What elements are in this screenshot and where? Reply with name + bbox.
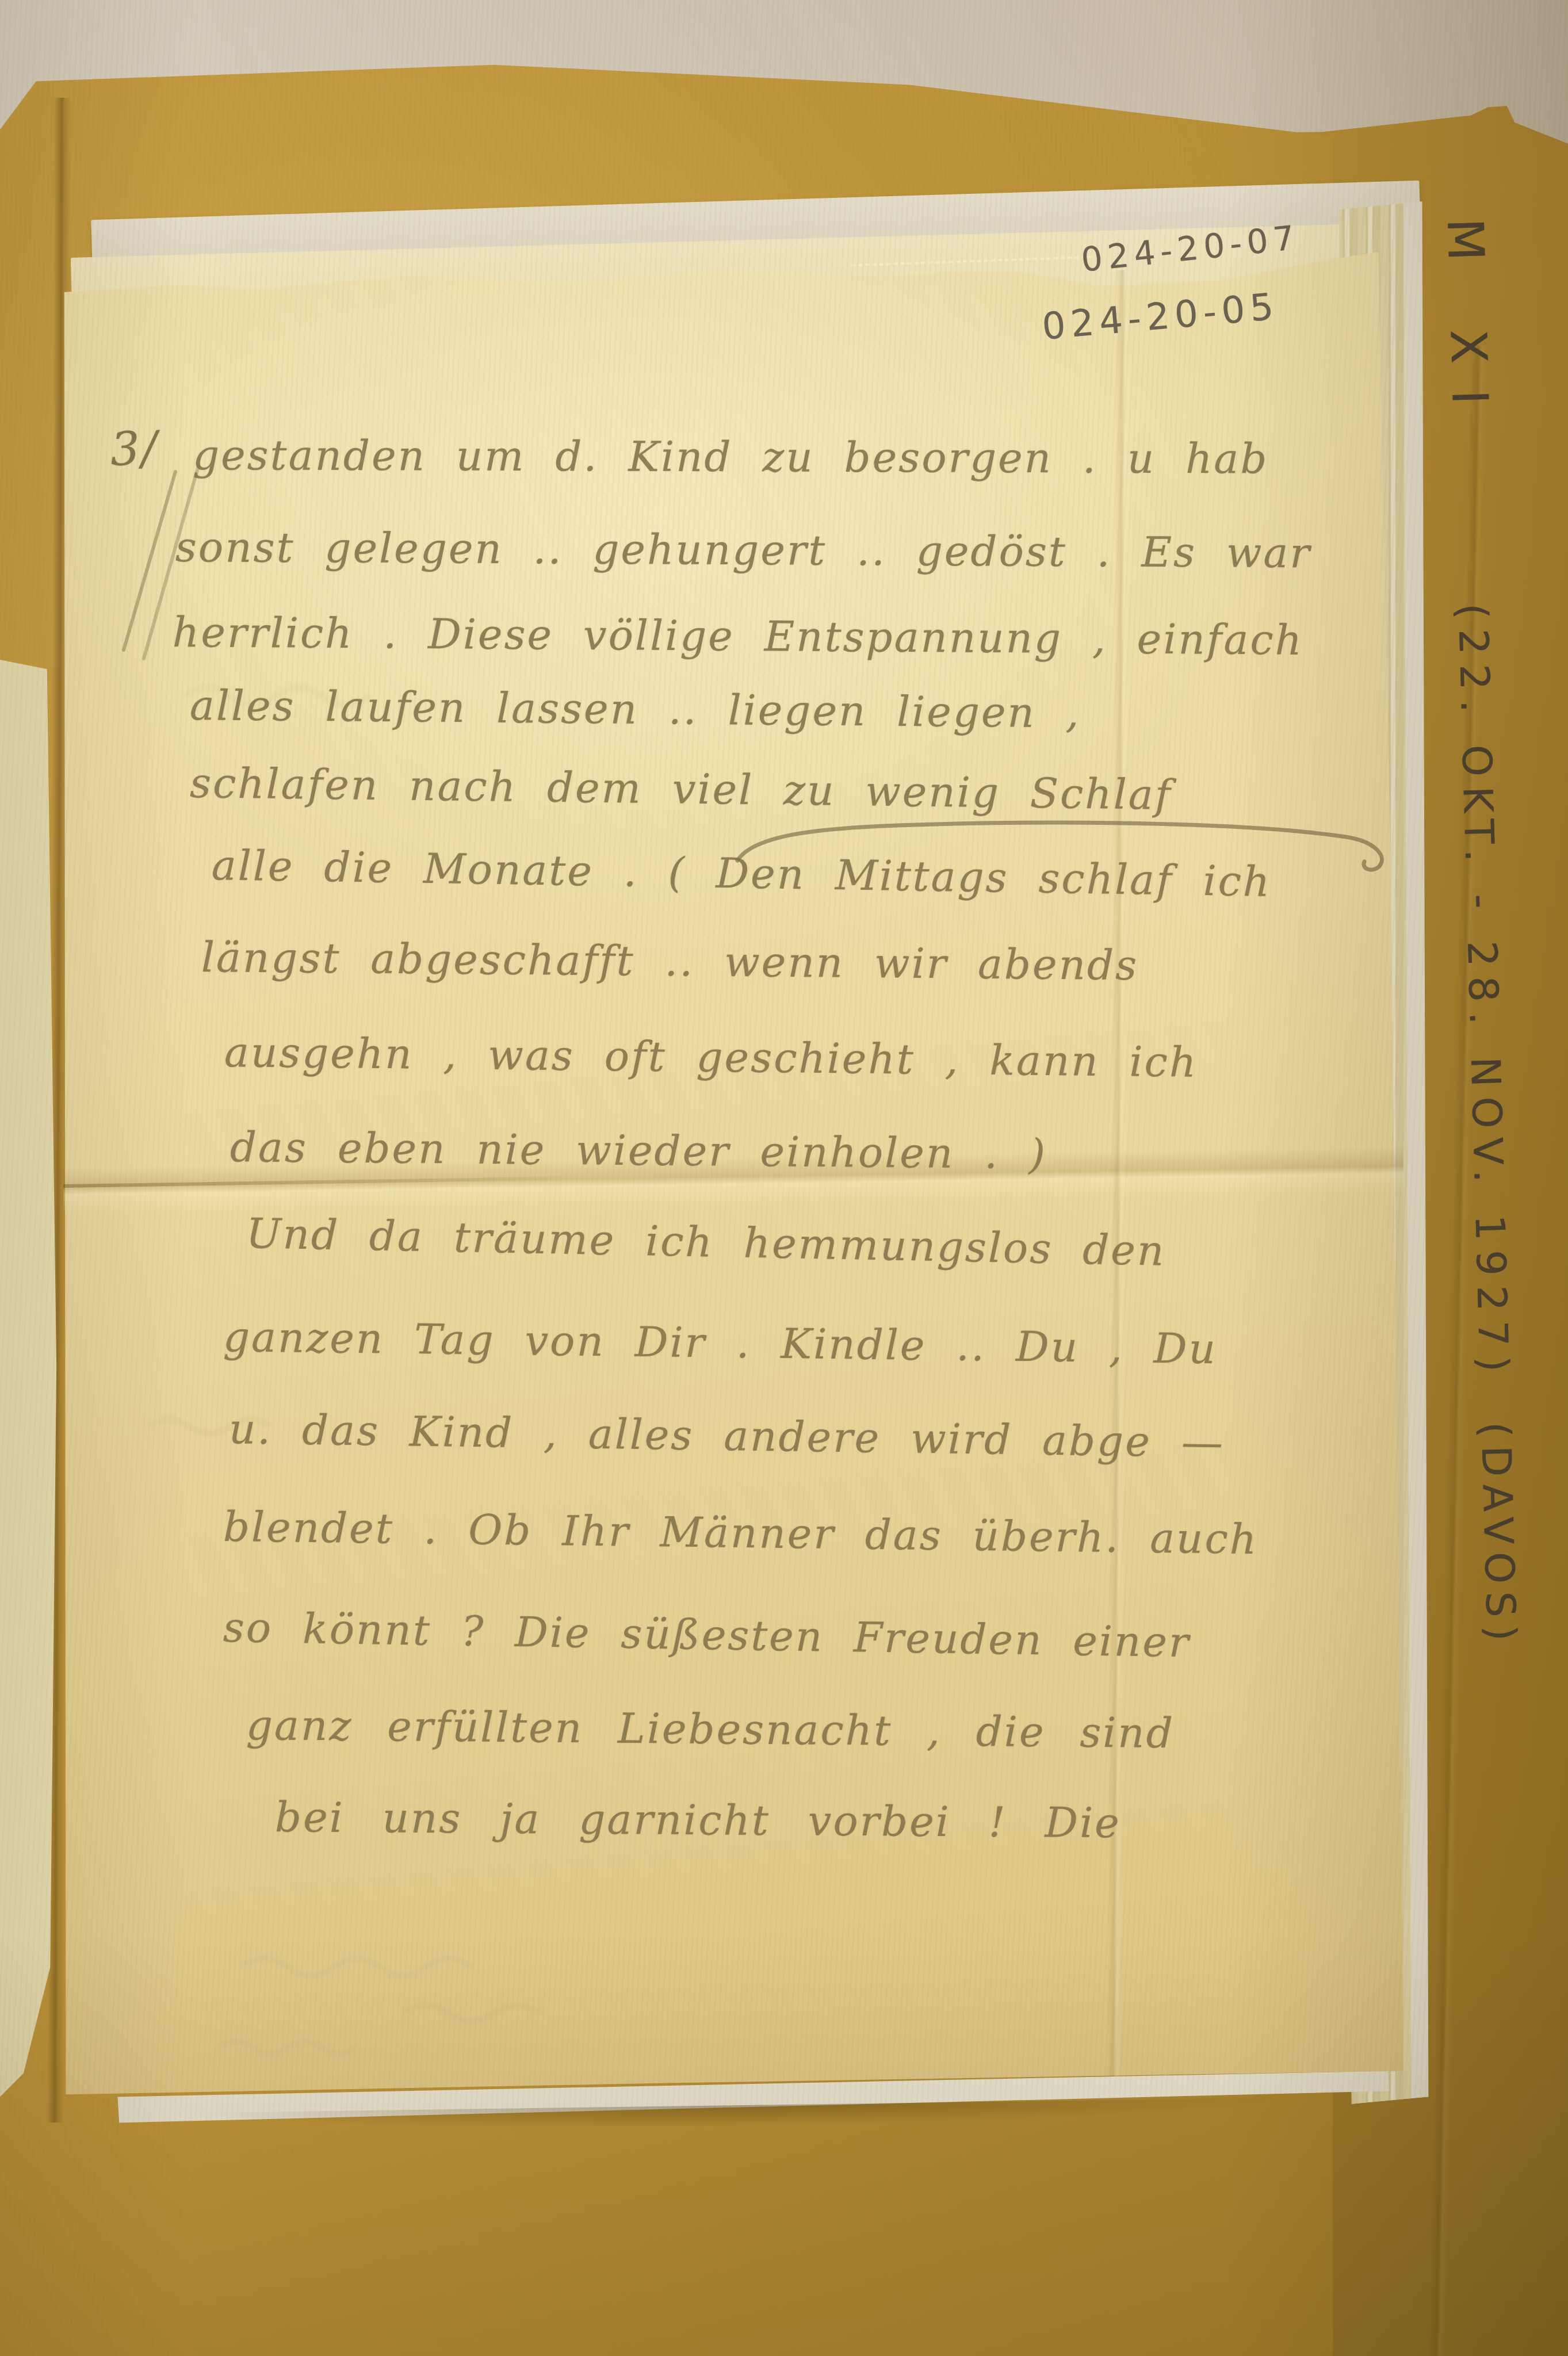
- letter-line: alles laufen lassen .. liegen liegen ,: [190, 684, 1081, 734]
- letter-line: bei uns ja garnicht vorbei ! Die: [275, 1796, 1121, 1844]
- letter-line: das eben nie wieder einholen . ): [230, 1126, 1047, 1175]
- letter-line: blendet . Ob Ihr Männer das überh. auch: [223, 1506, 1259, 1560]
- archive-photo: 024-20-07 3/ gestanden um d. Kind zu bes…: [0, 0, 1568, 2356]
- page-number-marker: 3/: [110, 425, 160, 473]
- folder-label-volume: M XI: [1436, 217, 1499, 431]
- letter-line: ausgehn , was oft geschieht , kann ich: [224, 1031, 1198, 1083]
- letter-line: längst abgeschafft .. wenn wir abends: [201, 936, 1139, 986]
- letter-line: gestanden um d. Kind zu besorgen . u hab: [193, 434, 1269, 480]
- letter-line: ganzen Tag von Dir . Kindle .. Du , Du: [223, 1316, 1218, 1370]
- letter-line: sonst gelegen .. gehungert .. gedöst . E…: [175, 526, 1311, 573]
- letter-line: ganz erfüllten Liebesnacht , die sind: [246, 1704, 1175, 1754]
- letter-line: schlafen nach dem viel zu wenig Schlaf: [190, 762, 1172, 816]
- letter-line: herrlich . Diese völlige Entspannung , e…: [173, 611, 1304, 661]
- folder-label-place: (DAVOS): [1471, 1421, 1525, 1650]
